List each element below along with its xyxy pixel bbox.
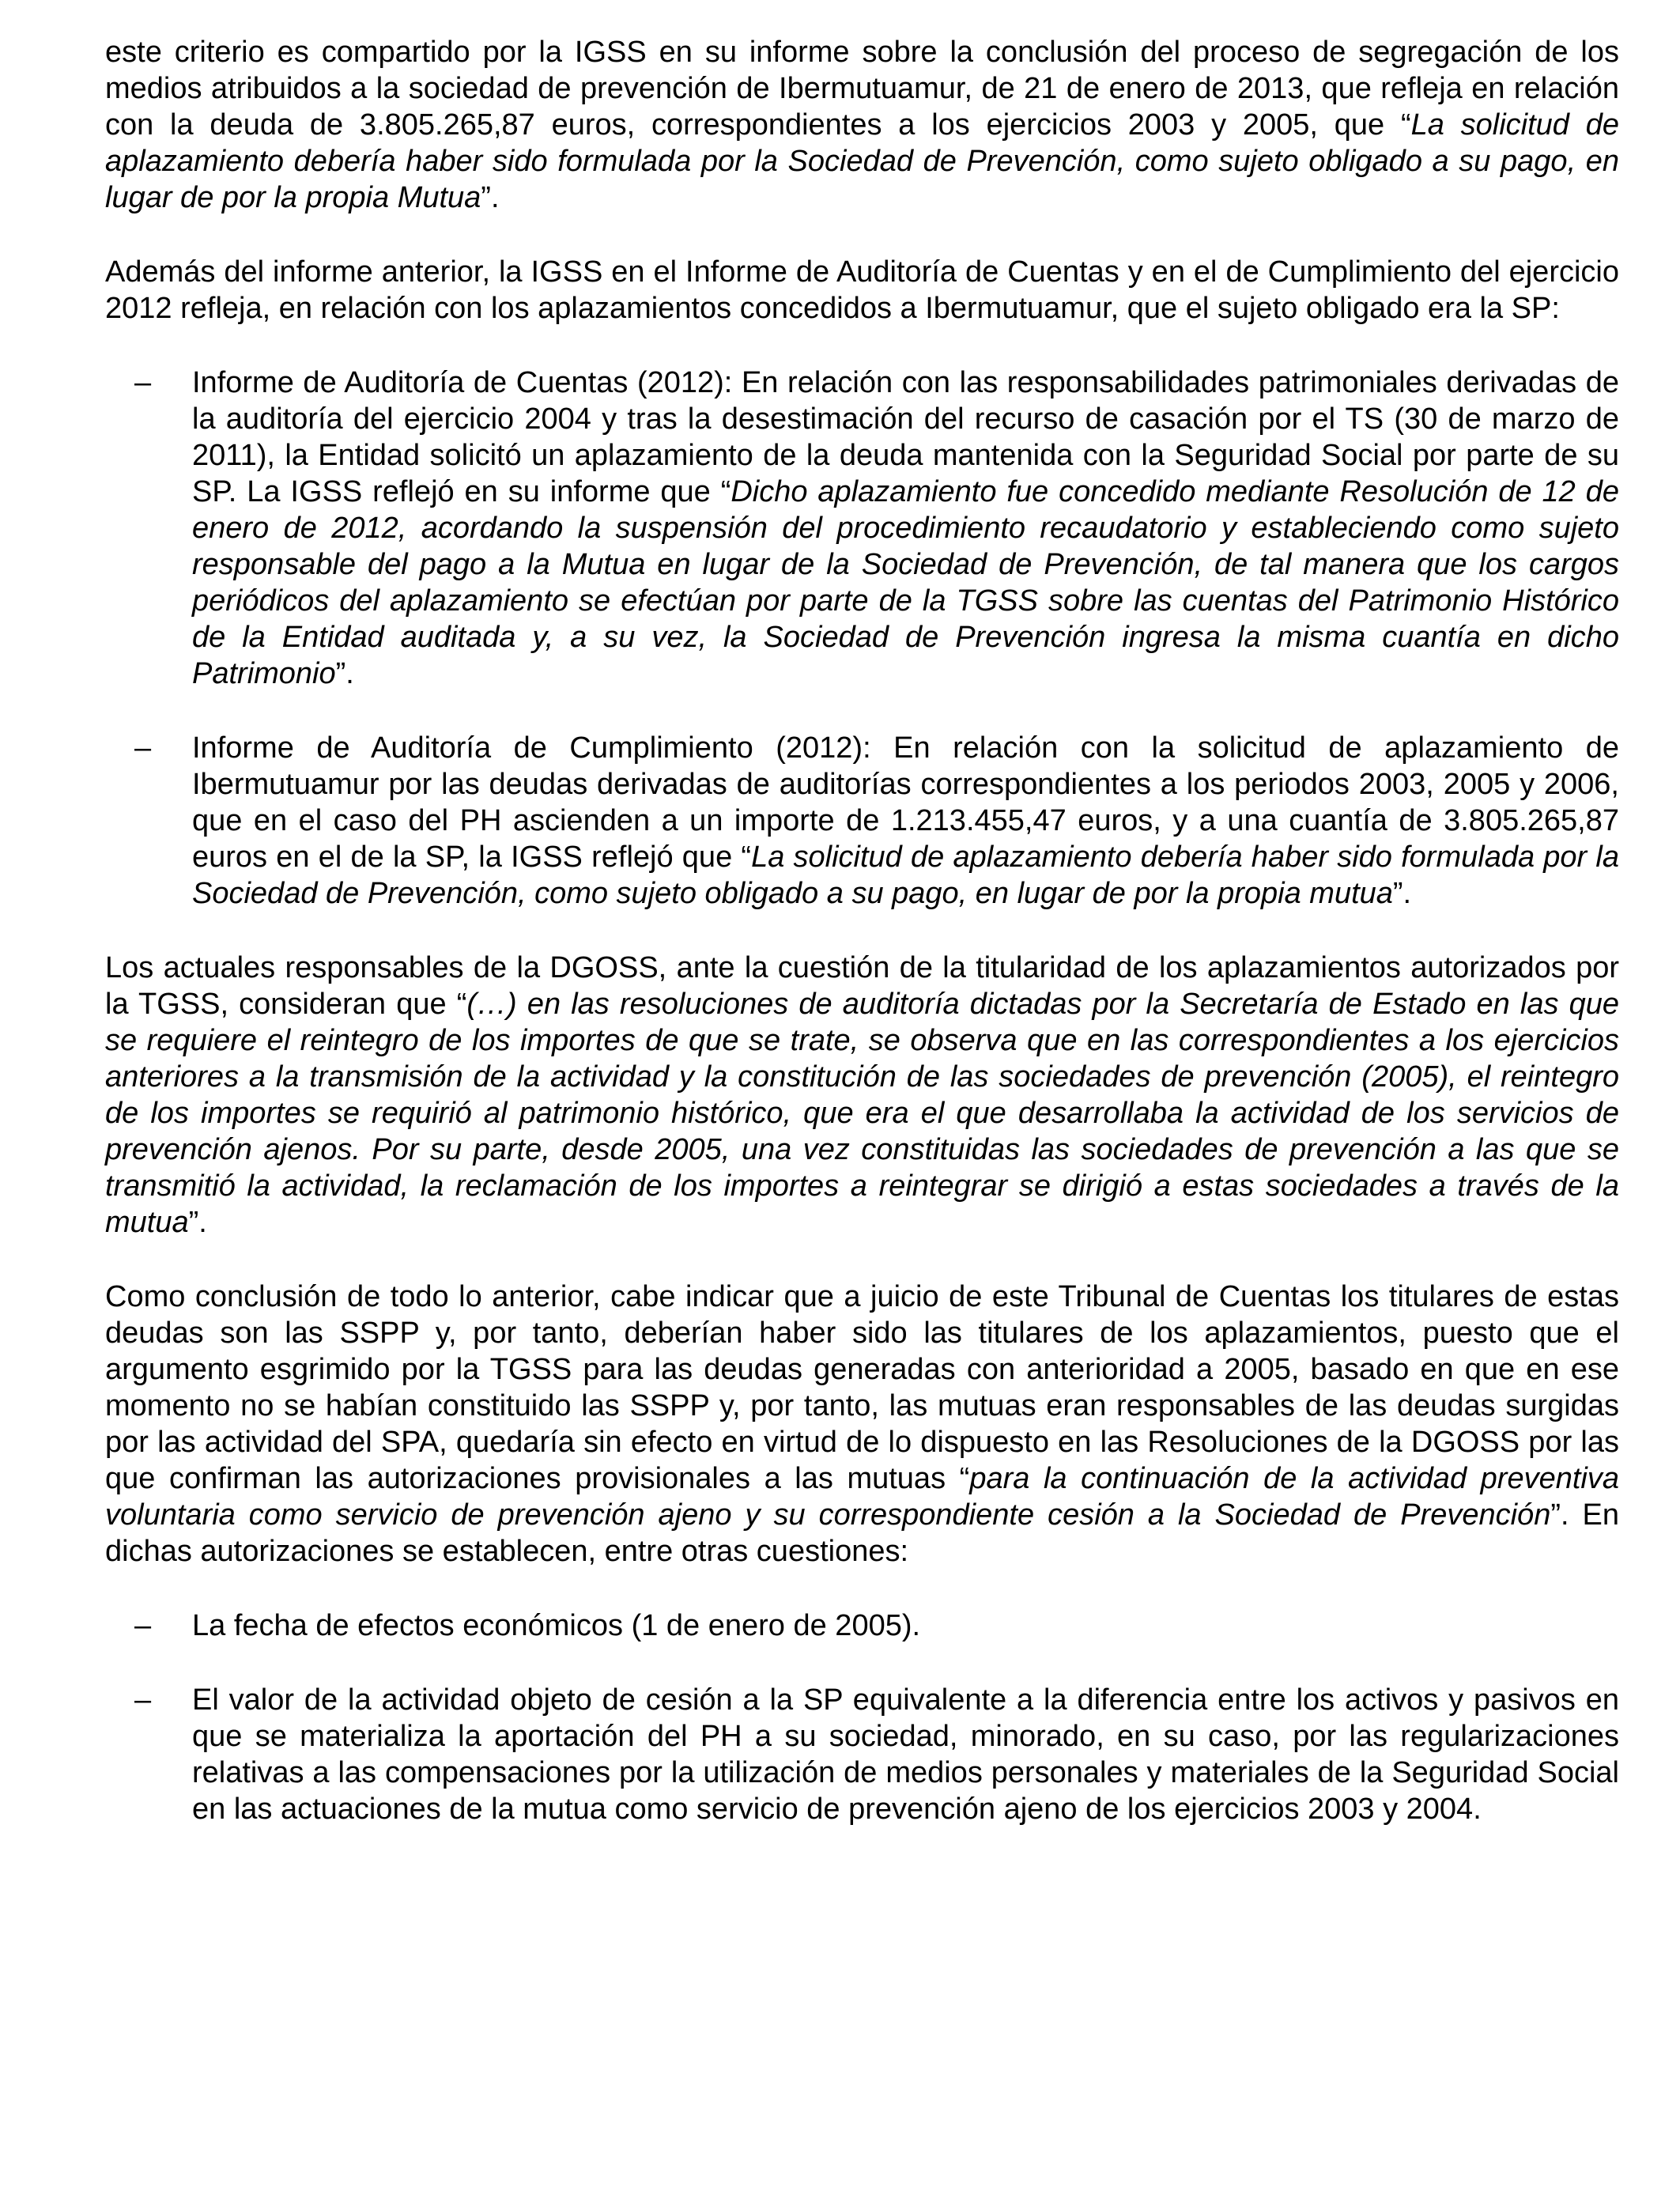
bullet-dash-icon: –	[134, 730, 151, 766]
list-item-text: El valor de la actividad objeto de cesió…	[192, 1683, 1619, 1826]
list-item-informe-auditoria-cuentas: – Informe de Auditoría de Cuentas (2012)…	[105, 365, 1619, 692]
paragraph-conclusion-tribunal: Como conclusión de todo lo anterior, cab…	[105, 1279, 1619, 1570]
document-page: este criterio es compartido por la IGSS …	[0, 0, 1680, 2195]
list-item-fecha-efectos: – La fecha de efectos económicos (1 de e…	[105, 1608, 1619, 1644]
paragraph-dgoss-responsables: Los actuales responsables de la DGOSS, a…	[105, 950, 1619, 1241]
paragraph-ademas-informe: Además del informe anterior, la IGSS en …	[105, 254, 1619, 327]
paragraph-igss-criterio: este criterio es compartido por la IGSS …	[105, 34, 1619, 216]
bullet-dash-icon: –	[134, 365, 151, 401]
bullet-dash-icon: –	[134, 1608, 151, 1644]
list-item-informe-auditoria-cumplimiento: – Informe de Auditoría de Cumplimiento (…	[105, 730, 1619, 912]
list-item-text: La fecha de efectos económicos (1 de ene…	[192, 1609, 920, 1642]
list-item-valor-actividad: – El valor de la actividad objeto de ces…	[105, 1682, 1619, 1827]
list-item-text: Informe de Auditoría de Cumplimiento (20…	[192, 731, 1619, 910]
list-item-text: Informe de Auditoría de Cuentas (2012): …	[192, 366, 1619, 690]
bullet-dash-icon: –	[134, 1682, 151, 1718]
